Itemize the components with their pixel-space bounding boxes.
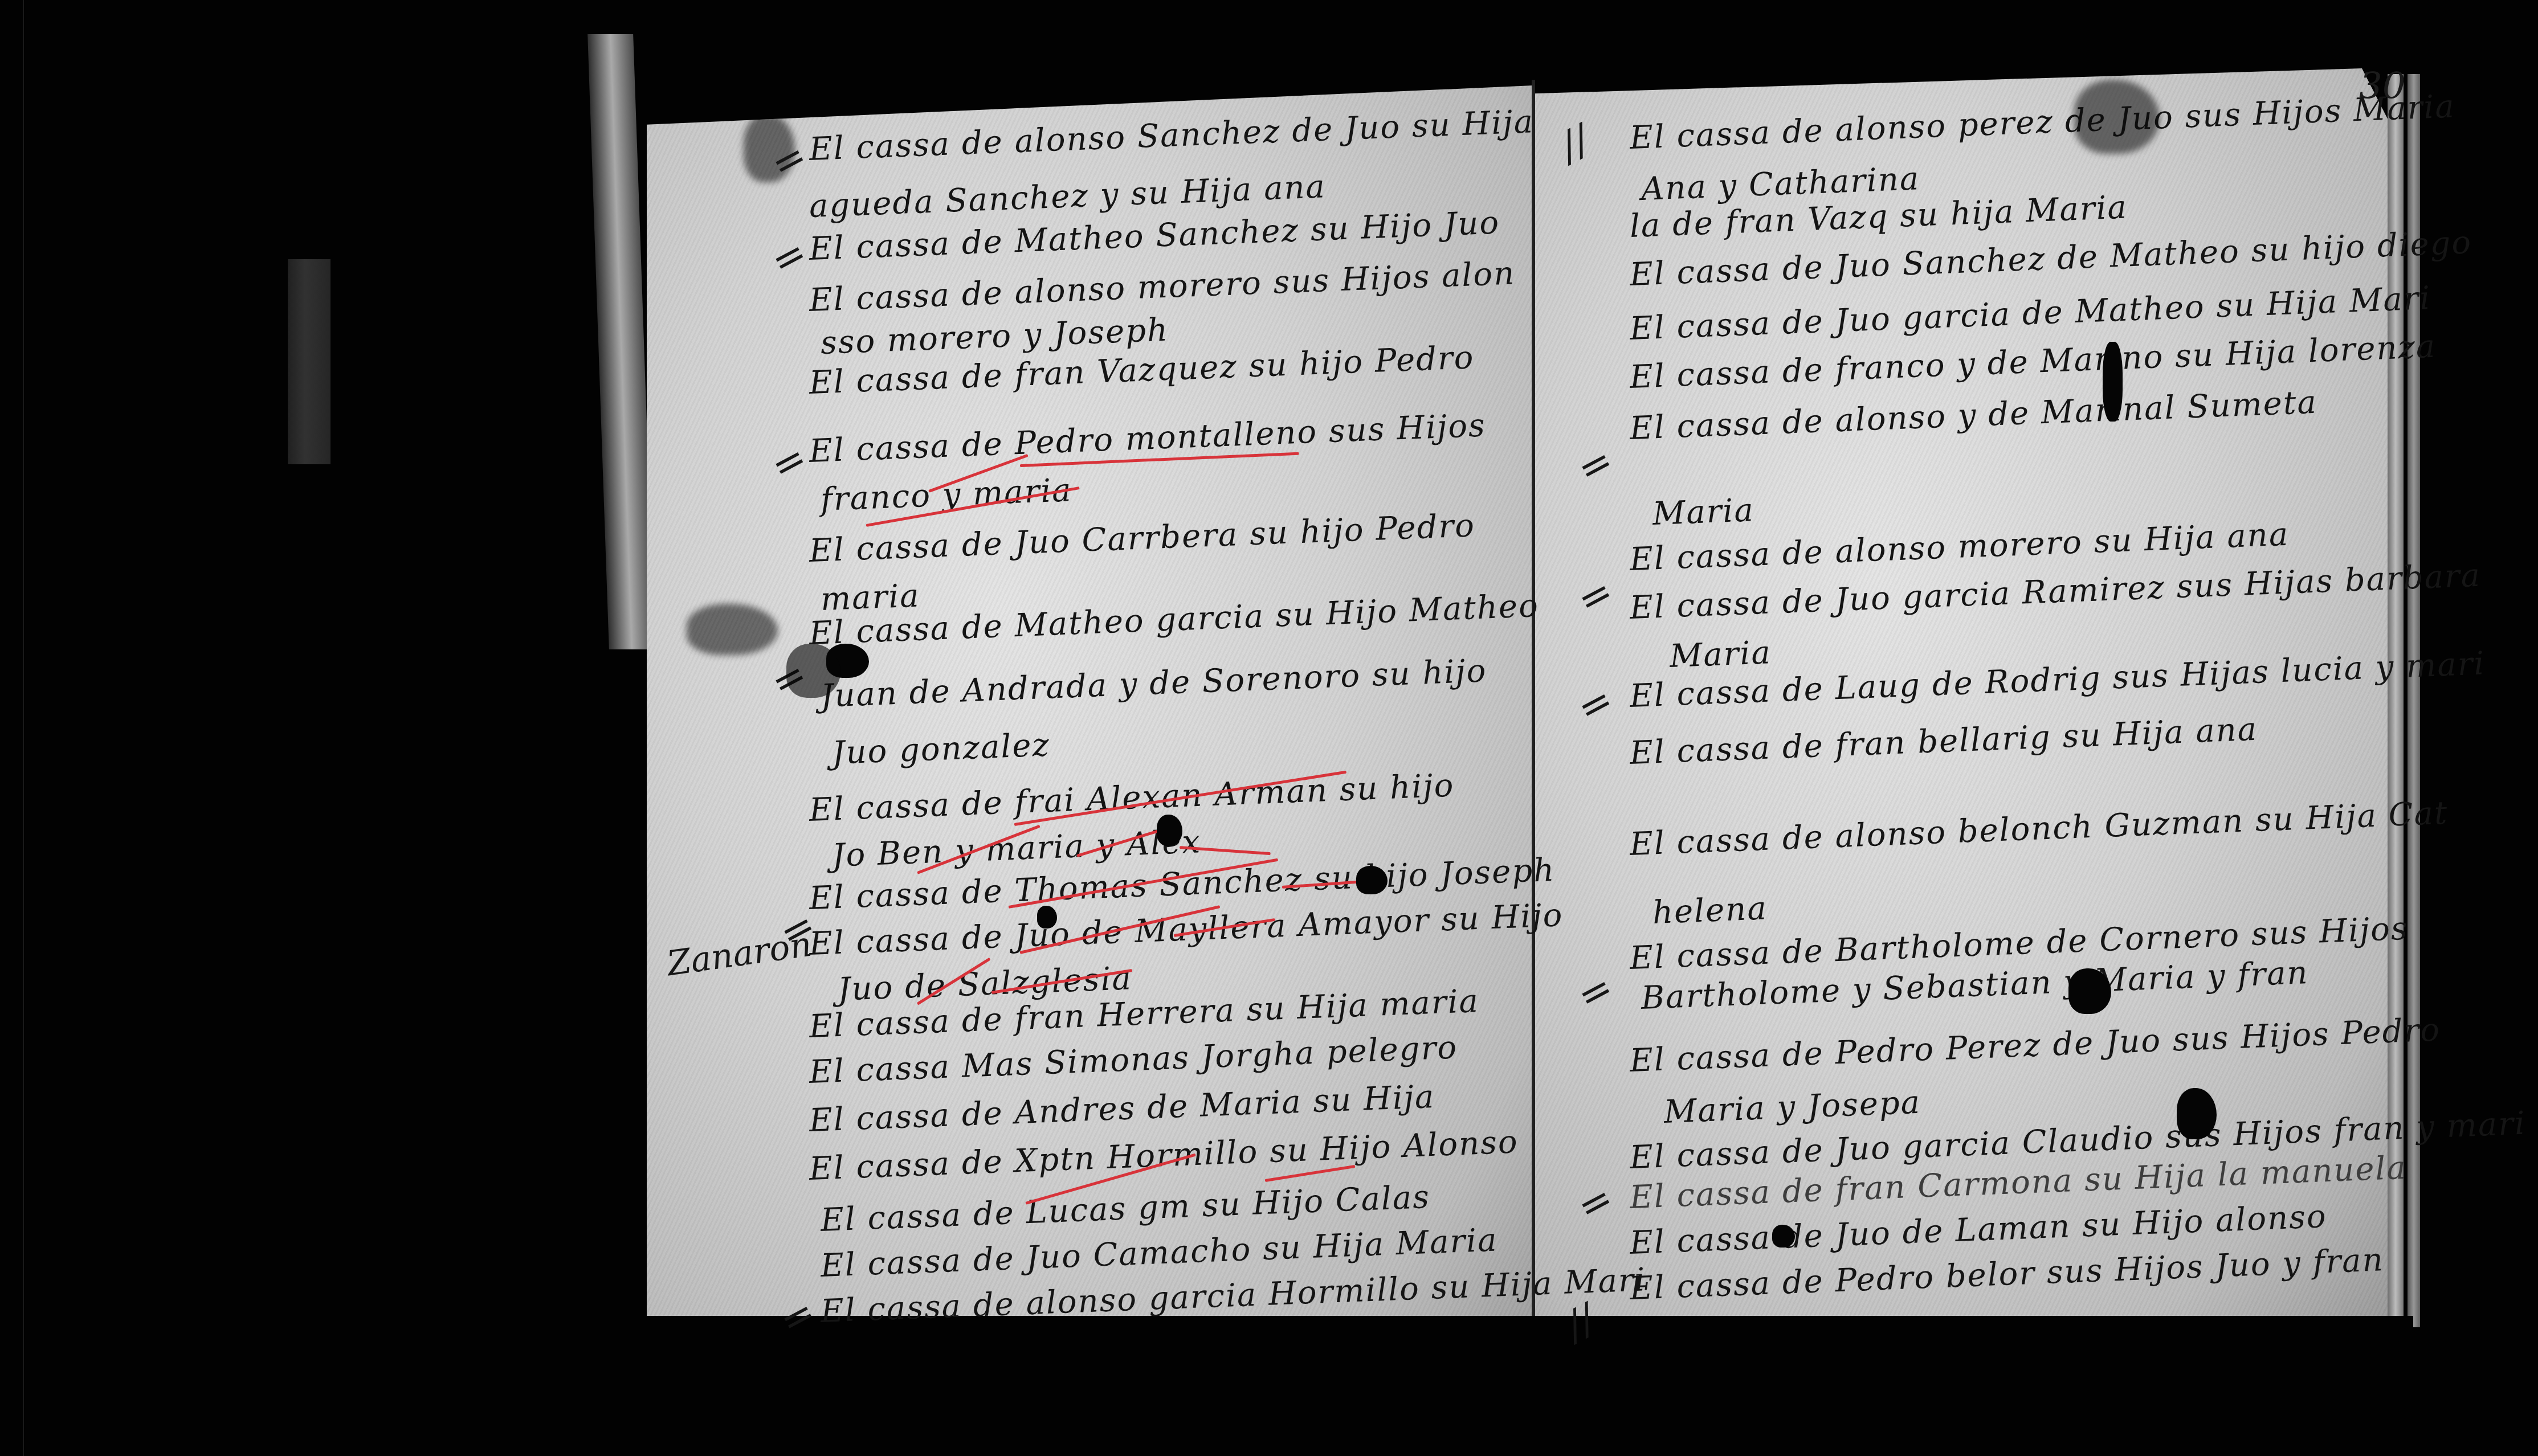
scan-background: 30 Zanaron El cassa de alonso Sanchez de… xyxy=(0,0,2538,1456)
ink-blot xyxy=(2068,968,2111,1014)
ink-stain xyxy=(2074,80,2160,154)
left-line: El cassa de alonso Sanchez de Juo su Hij… xyxy=(809,103,1535,168)
ink-blot xyxy=(786,644,840,698)
ink-blot xyxy=(1356,866,1388,894)
margin-dash-mark: = xyxy=(1569,676,1621,733)
ink-blot xyxy=(1157,815,1182,846)
left-line: El cassa de alonso morero sus Hijos alon xyxy=(809,255,1516,319)
right-line: El cassa de alonso y de Marinal Sumeta xyxy=(1629,384,2318,447)
margin-dash-mark: = xyxy=(1569,436,1621,493)
left-line: Juo gonzalez xyxy=(831,726,1051,772)
margin-dash-mark: = xyxy=(772,1288,823,1345)
margin-dash-mark: // xyxy=(1558,1295,1603,1349)
right-line: El cassa de Pedro Perez de Juo sus Hijos… xyxy=(1629,1011,2441,1079)
right-line: helena xyxy=(1652,890,1768,931)
ink-blot xyxy=(1037,906,1057,929)
ink-blot xyxy=(2103,342,2123,422)
ink-blot xyxy=(1772,1225,1795,1248)
margin-dash-mark: = xyxy=(763,228,814,285)
margin-dash-mark: = xyxy=(1569,567,1621,624)
margin-dash-mark: = xyxy=(763,433,814,490)
right-line: Maria xyxy=(1652,492,1755,533)
margin-dash-mark: = xyxy=(763,132,814,189)
right-line: Maria y Josepa xyxy=(1663,1084,1921,1131)
right-line: El cassa de alonso perez de Juo sus Hijo… xyxy=(1629,88,2456,157)
right-line: El cassa de alonso belonch Guzman su Hij… xyxy=(1629,795,2449,863)
margin-dash-mark: = xyxy=(1569,963,1621,1020)
margin-dash-mark: = xyxy=(1569,1174,1621,1231)
left-line: Juan de Andrada y de Sorenoro su hijo xyxy=(820,652,1488,715)
handwriting-layer: 30 Zanaron El cassa de alonso Sanchez de… xyxy=(0,0,2538,1456)
right-line: El cassa de fran bellarig su Hija ana xyxy=(1629,711,2258,772)
left-line: El cassa de frai Alexan Arman su hijo xyxy=(809,767,1455,829)
right-line: Maria xyxy=(1669,634,1772,675)
margin-dash-mark: // xyxy=(1552,116,1598,170)
ink-blot xyxy=(2177,1088,2217,1139)
